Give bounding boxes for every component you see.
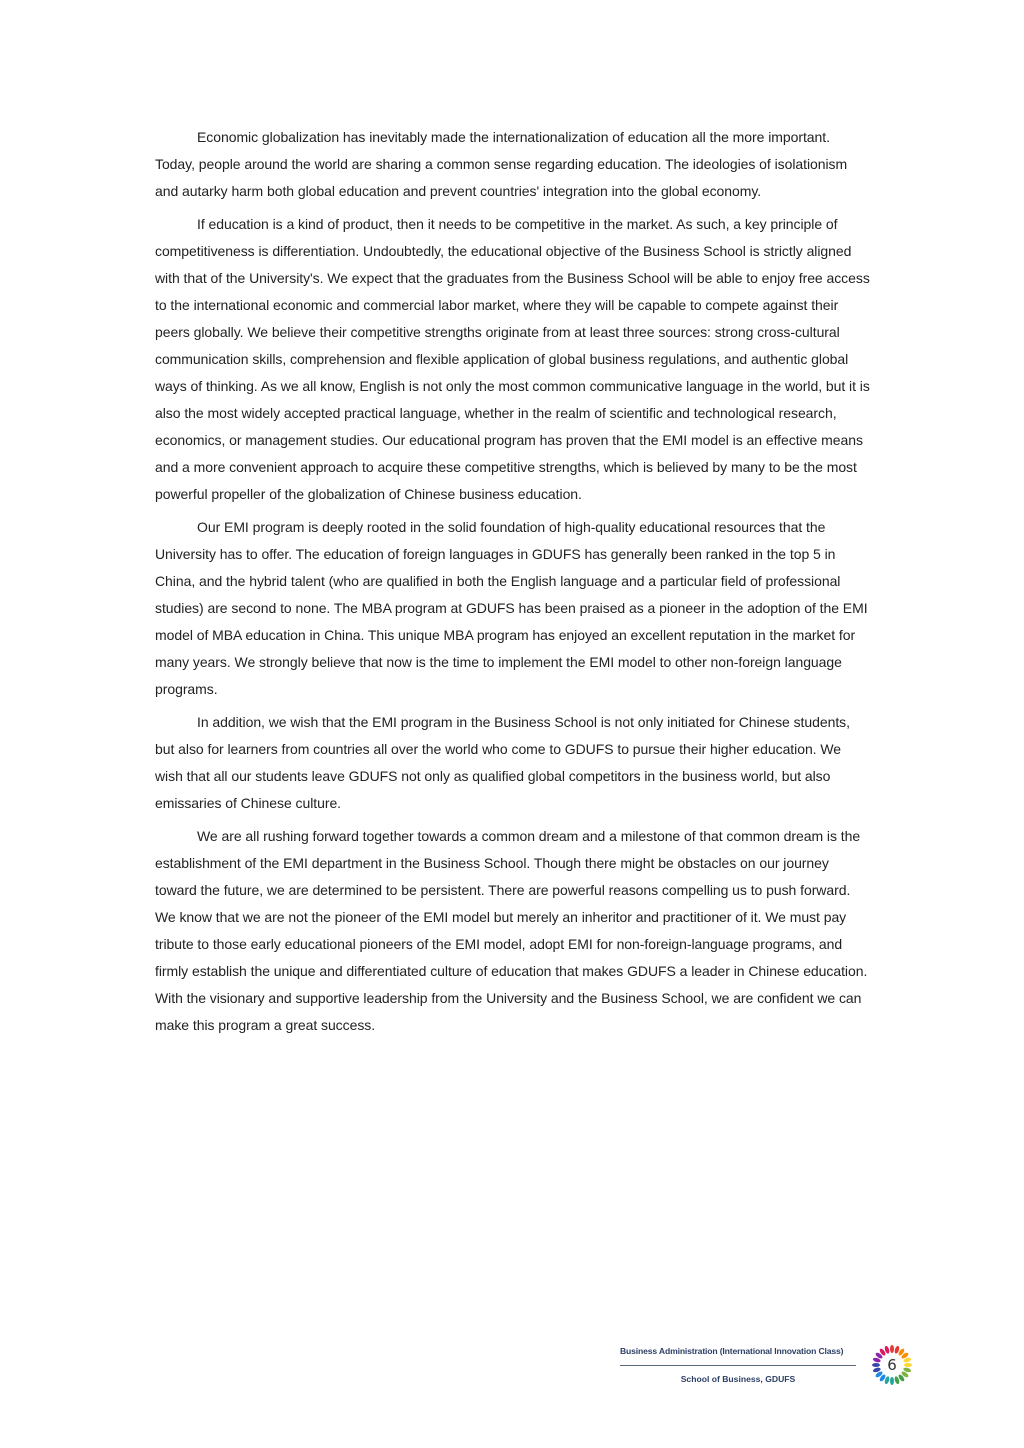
paragraph-4: In addition, we wish that the EMI progra… [155, 709, 870, 817]
footer-divider [620, 1365, 856, 1366]
body-text: Economic globalization has inevitably ma… [155, 124, 870, 1045]
paragraph-5: We are all rushing forward together towa… [155, 823, 870, 1039]
page-number-badge: 6 [870, 1343, 914, 1387]
paragraph-2: If education is a kind of product, then … [155, 211, 870, 508]
page-number: 6 [870, 1343, 914, 1387]
footer-school-name: School of Business, GDUFS [620, 1374, 856, 1384]
paragraph-3: Our EMI program is deeply rooted in the … [155, 514, 870, 703]
footer-program-title: Business Administration (International I… [620, 1346, 860, 1356]
page-footer: Business Administration (International I… [618, 1343, 918, 1393]
document-page: Economic globalization has inevitably ma… [0, 0, 1024, 1448]
paragraph-1: Economic globalization has inevitably ma… [155, 124, 870, 205]
